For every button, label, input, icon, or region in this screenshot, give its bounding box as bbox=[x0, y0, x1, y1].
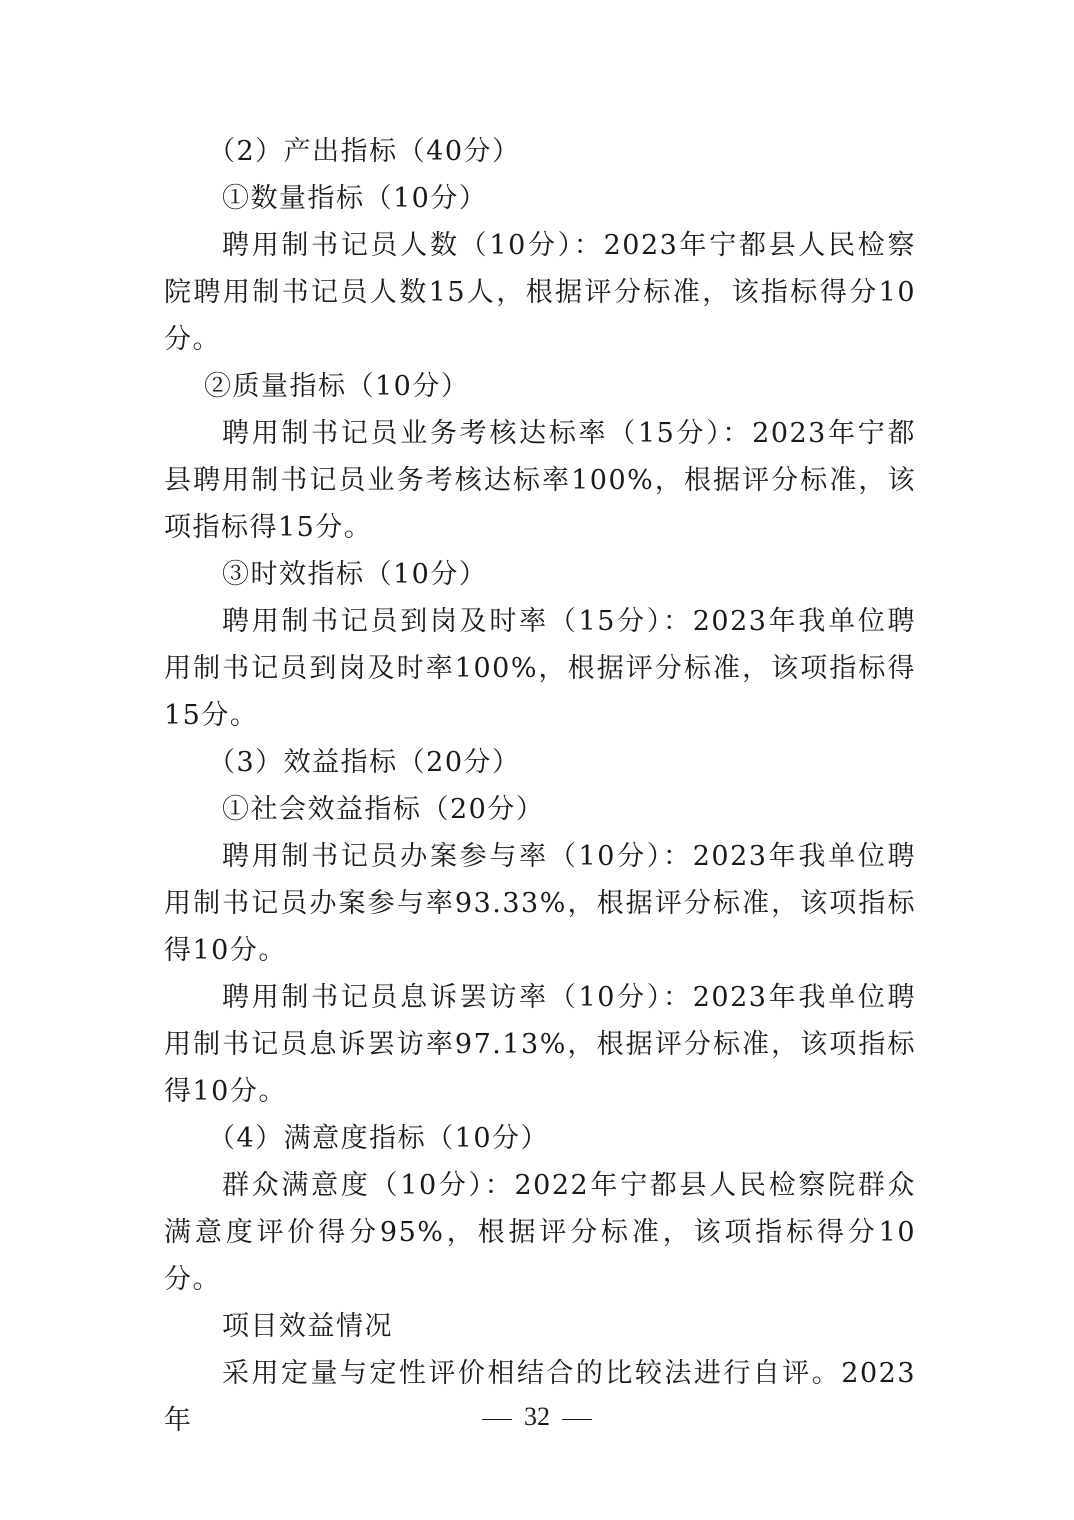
paragraph-clerk-count: 聘用制书记员人数（10分）：2023年宁都县人民检察院聘用制书记员人数15人，根… bbox=[164, 222, 916, 363]
section-heading-output-indicators: （2）产出指标（40分） bbox=[164, 128, 916, 175]
heading-project-benefits: 项目效益情况 bbox=[164, 1303, 916, 1350]
subheading-quantity-indicators: ①数量指标（10分） bbox=[164, 175, 916, 222]
paragraph-case-participation-rate: 聘用制书记员办案参与率（10分）：2023年我单位聘用制书记员办案参与率93.3… bbox=[164, 833, 916, 974]
paragraph-petition-resolution-rate: 聘用制书记员息诉罢访率（10分）：2023年我单位聘用制书记员息诉罢访率97.1… bbox=[164, 974, 916, 1115]
paragraph-public-satisfaction: 群众满意度（10分）：2022年宁都县人民检察院群众满意度评价得分95%，根据评… bbox=[164, 1162, 916, 1303]
subheading-timeliness-indicators: ③时效指标（10分） bbox=[164, 551, 916, 598]
document-page: （2）产出指标（40分） ①数量指标（10分） 聘用制书记员人数（10分）：20… bbox=[0, 0, 1074, 1520]
section-heading-benefit-indicators: （3）效益指标（20分） bbox=[164, 739, 916, 786]
page-footer: 32 bbox=[0, 1402, 1074, 1432]
footer-dash-right bbox=[562, 1419, 592, 1420]
subheading-quality-indicators: ②质量指标（10分） bbox=[164, 363, 916, 410]
paragraph-assessment-rate: 聘用制书记员业务考核达标率（15分）：2023年宁都县聘用制书记员业务考核达标率… bbox=[164, 410, 916, 551]
paragraph-on-time-rate: 聘用制书记员到岗及时率（15分）：2023年我单位聘用制书记员到岗及时率100%… bbox=[164, 598, 916, 739]
subheading-social-benefit-indicators: ①社会效益指标（20分） bbox=[164, 786, 916, 833]
section-heading-satisfaction-indicators: （4）满意度指标（10分） bbox=[164, 1115, 916, 1162]
footer-dash-left bbox=[482, 1419, 512, 1420]
document-body: （2）产出指标（40分） ①数量指标（10分） 聘用制书记员人数（10分）：20… bbox=[164, 128, 916, 1444]
page-number: 32 bbox=[524, 1402, 550, 1431]
